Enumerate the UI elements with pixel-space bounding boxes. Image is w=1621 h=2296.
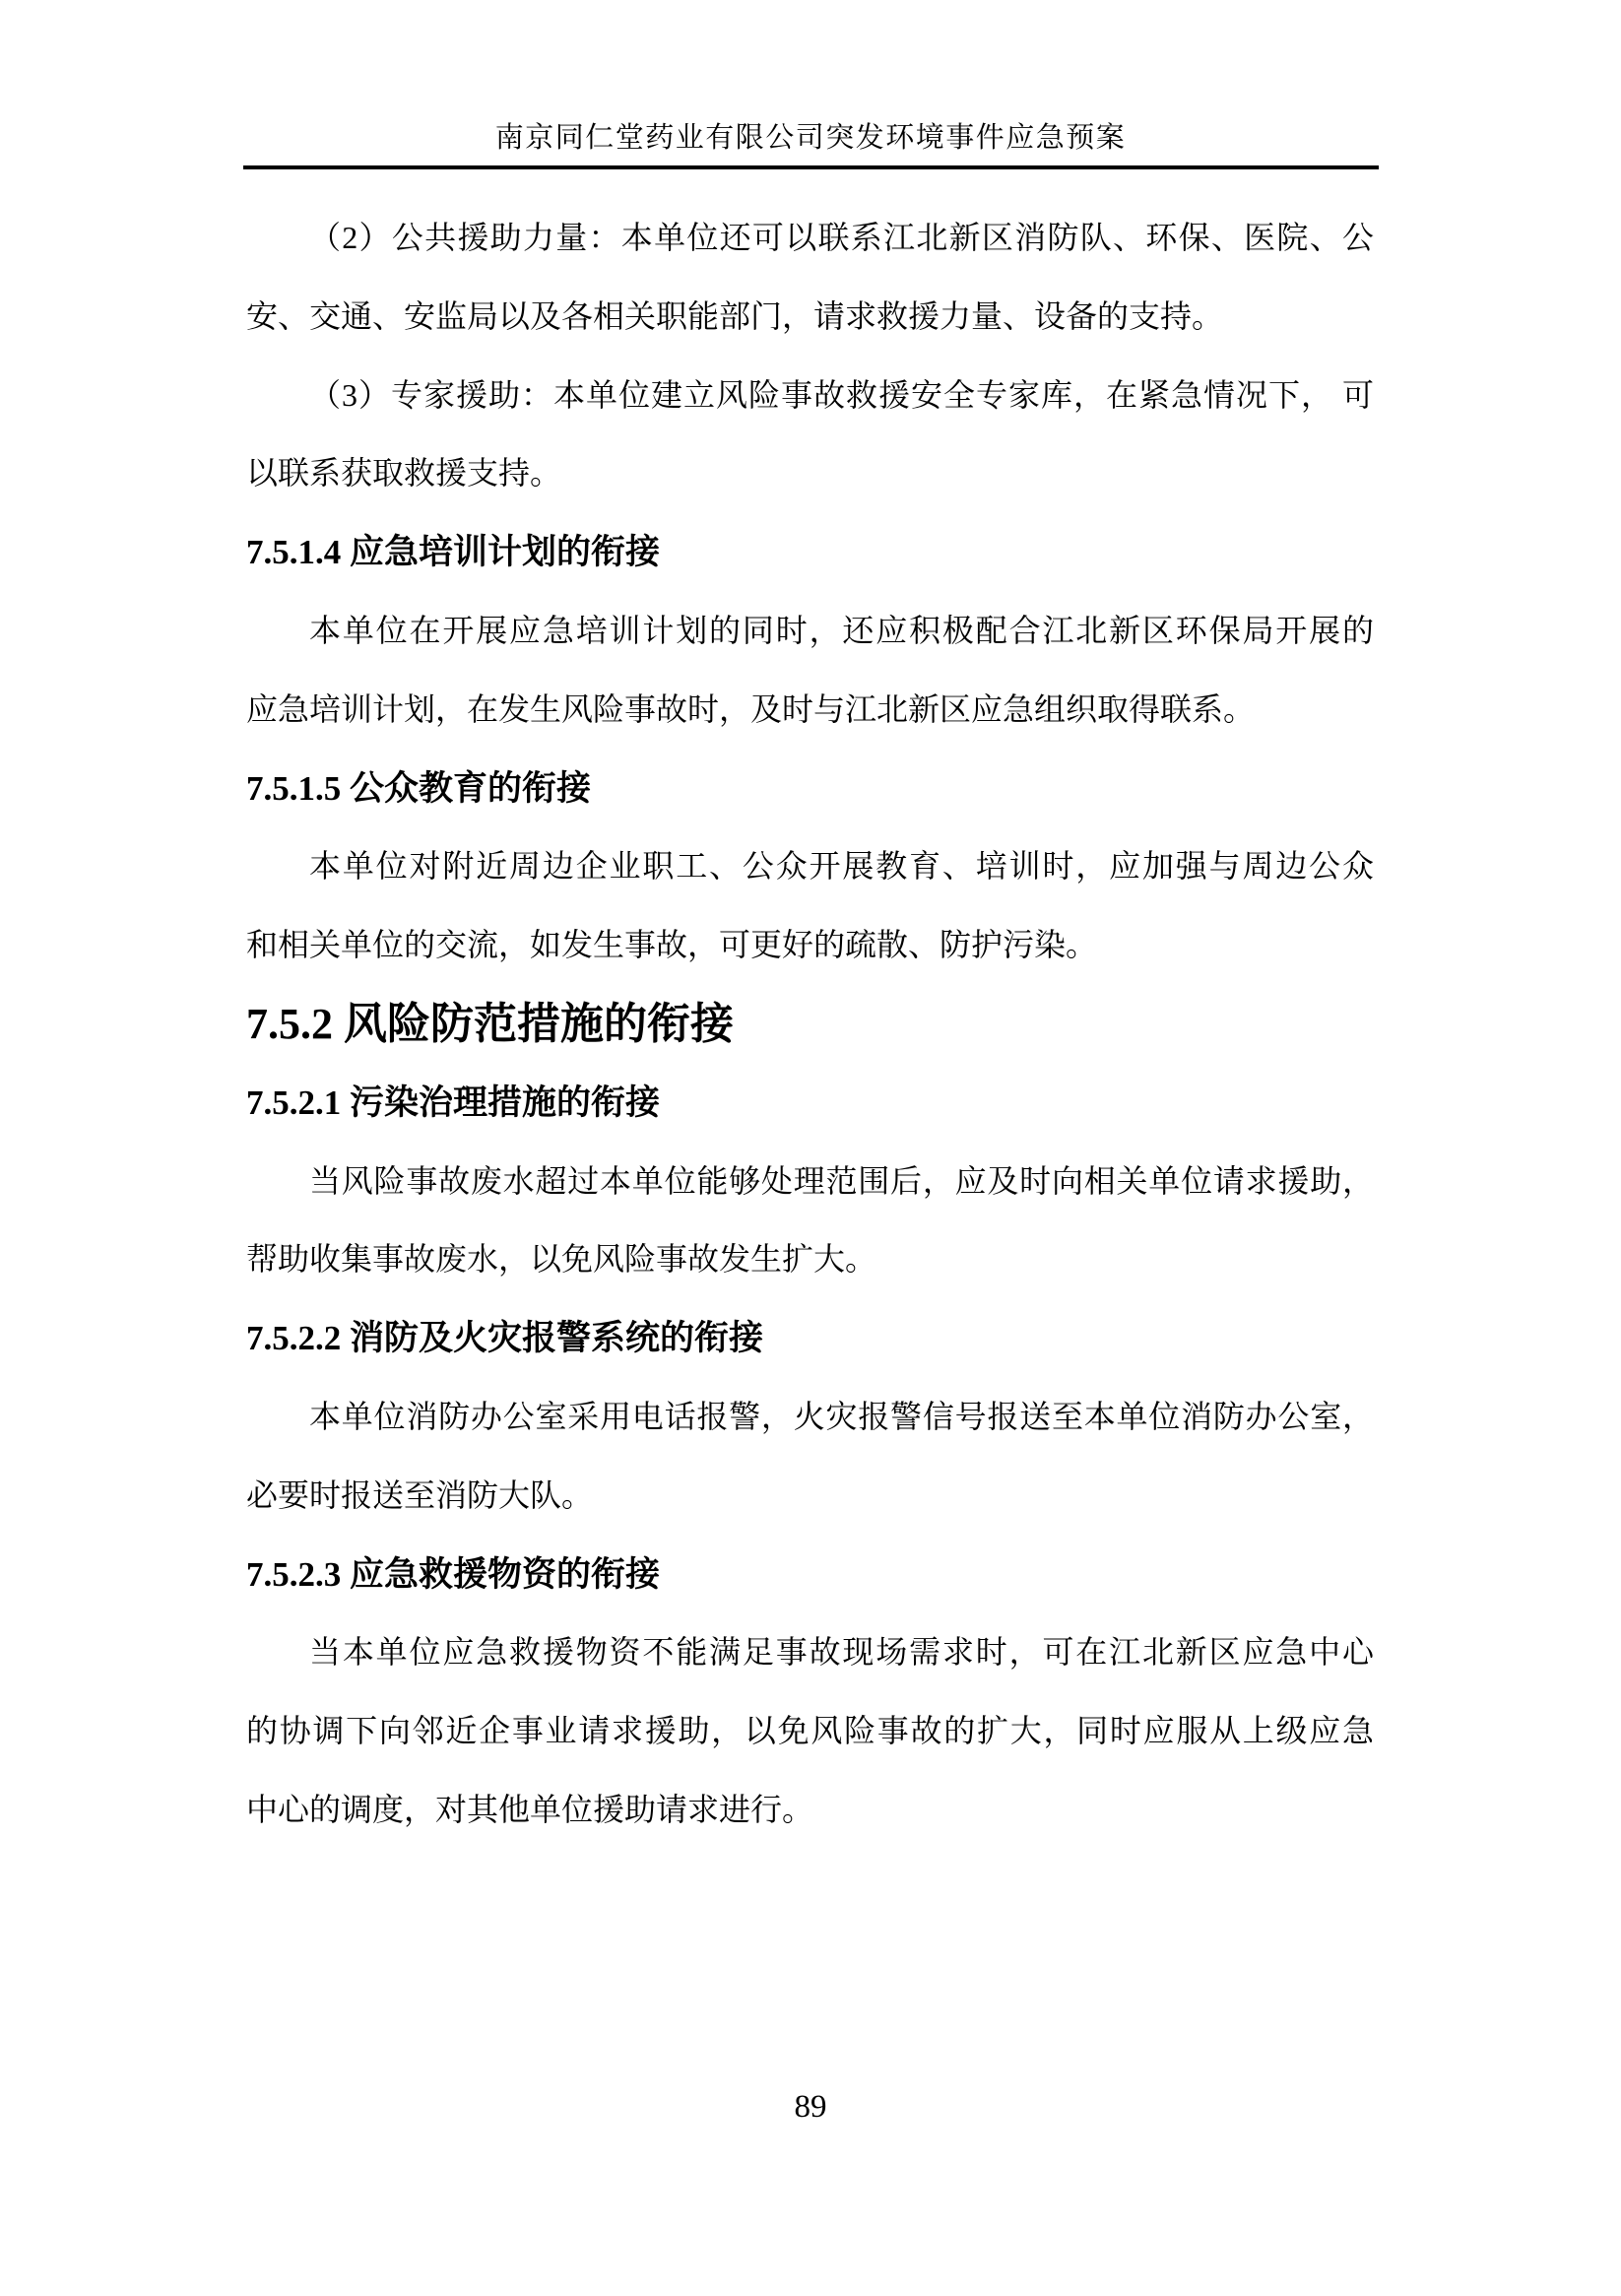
- body-text-line: （3）专家援助：本单位建立风险事故救援安全专家库，在紧急情况下， 可: [246, 357, 1374, 435]
- body-text-line: 本单位消防办公室采用电话报警，火灾报警信号报送至本单位消防办公室，: [246, 1378, 1374, 1457]
- document-body: （2）公共援助力量：本单位还可以联系江北新区消防队、环保、医院、公安、交通、安监…: [246, 199, 1374, 1850]
- body-text-line: 和相关单位的交流，如发生事故，可更好的疏散、防护污染。: [246, 906, 1374, 985]
- subsection-heading: 7.5.2.1 污染治理措施的衔接: [246, 1064, 1374, 1143]
- body-text-line: 的协调下向邻近企事业请求援助，以免风险事故的扩大，同时应服从上级应急: [246, 1692, 1374, 1771]
- subsection-heading: 7.5.2.2 消防及火灾报警系统的衔接: [246, 1299, 1374, 1378]
- body-text-line: 当本单位应急救援物资不能满足事故现场需求时，可在江北新区应急中心: [246, 1613, 1374, 1692]
- body-text-line: 安、交通、安监局以及各相关职能部门，请求救援力量、设备的支持。: [246, 278, 1374, 357]
- body-text-line: 应急培训计划，在发生风险事故时，及时与江北新区应急组织取得联系。: [246, 671, 1374, 750]
- running-header-title: 南京同仁堂药业有限公司突发环境事件应急预案: [0, 110, 1621, 165]
- body-text-line: 本单位在开展应急培训计划的同时，还应积极配合江北新区环保局开展的: [246, 592, 1374, 671]
- header-divider-rule: [243, 165, 1379, 169]
- body-text-line: 中心的调度，对其他单位援助请求进行。: [246, 1771, 1374, 1850]
- subsection-heading: 7.5.1.4 应急培训计划的衔接: [246, 513, 1374, 592]
- body-text-line: 必要时报送至消防大队。: [246, 1457, 1374, 1536]
- body-text-line: 当风险事故废水超过本单位能够处理范围后，应及时向相关单位请求援助，: [246, 1143, 1374, 1221]
- document-page: 南京同仁堂药业有限公司突发环境事件应急预案 （2）公共援助力量：本单位还可以联系…: [0, 0, 1621, 2296]
- body-text-line: 帮助收集事故废水，以免风险事故发生扩大。: [246, 1220, 1374, 1299]
- subsection-heading: 7.5.2.3 应急救援物资的衔接: [246, 1536, 1374, 1614]
- subsection-heading: 7.5.1.5 公众教育的衔接: [246, 750, 1374, 828]
- body-text-line: 以联系获取救援支持。: [246, 434, 1374, 513]
- body-text-line: 本单位对附近周边企业职工、公众开展教育、培训时，应加强与周边公众: [246, 827, 1374, 906]
- section-heading: 7.5.2 风险防范措施的衔接: [246, 985, 1374, 1064]
- page-number: 89: [0, 2083, 1621, 2131]
- body-text-line: （2）公共援助力量：本单位还可以联系江北新区消防队、环保、医院、公: [246, 199, 1374, 278]
